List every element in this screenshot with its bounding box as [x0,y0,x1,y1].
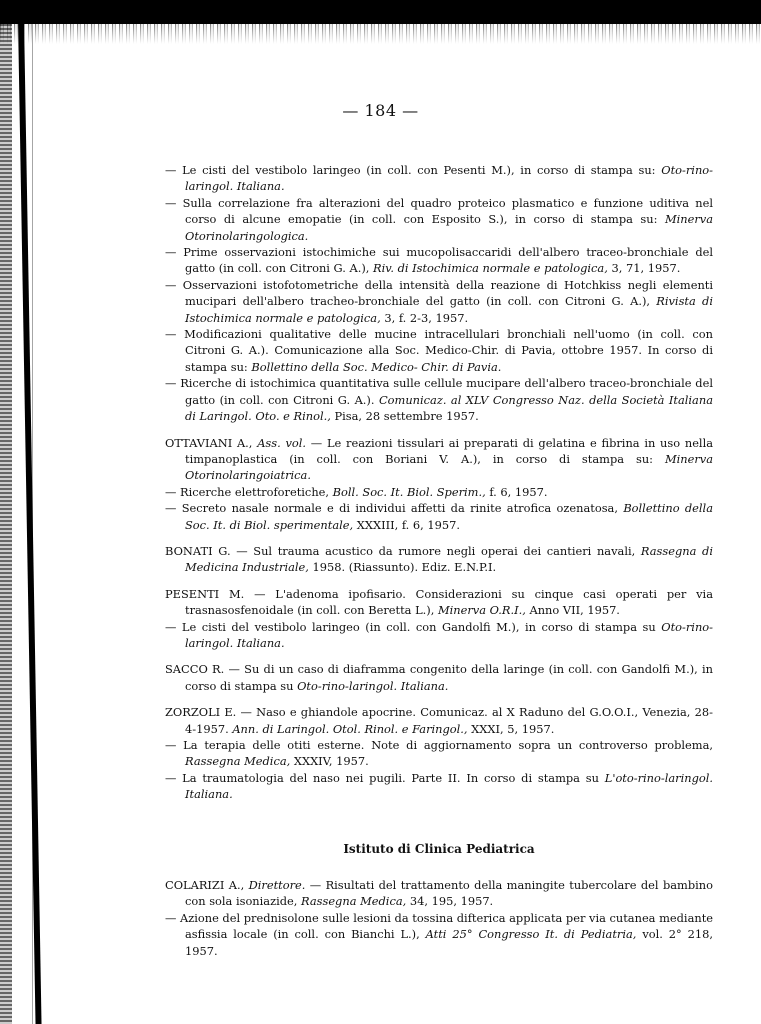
entry-text: COLARIZI A., [165,878,249,892]
entry-text: 1958. (Riassunto). Ediz. E.N.P.I. [309,560,496,574]
entry-text: Anno VII, 1957. [526,603,620,617]
entry-text: 3, f. 2-3, 1957. [381,311,468,325]
journal-title: Bollettino della Soc. Medico- Chir. di P… [251,360,501,374]
journal-title: Direttore. [249,878,306,892]
publication-entry: OTTAVIANI A., Ass. vol. — Le reazioni ti… [165,435,713,484]
journal-title: Ass. vol. [257,436,306,450]
bibliography-content: — Le cisti del vestibolo laringeo (in co… [165,162,713,959]
entry-text: Pisa, 28 settembre 1957. [331,409,479,423]
entry-text: — Le cisti del vestibolo laringeo (in co… [165,163,661,177]
entry-text: XXXI, 5, 1957. [468,722,555,736]
publication-entry: — Osservazioni istofotometriche della in… [165,277,713,326]
publication-entry: — Modificazioni qualitative delle mucine… [165,326,713,375]
entry-text: — La traumatologia del naso nei pugili. … [165,771,605,785]
journal-title: Boll. Soc. It. Biol. Sperim., [333,485,486,499]
continuation-block: — Le cisti del vestibolo laringeo (in co… [165,162,713,425]
publication-list: — Le cisti del vestibolo laringeo (in co… [165,162,713,803]
author-block: BONATI G. — Sul trauma acustico da rumor… [165,543,713,576]
entry-text: OTTAVIANI A., [165,436,257,450]
author-block: OTTAVIANI A., Ass. vol. — Le reazioni ti… [165,435,713,533]
journal-title: Rassegna Medica, [185,754,290,768]
entry-text: 3, 71, 1957. [608,261,680,275]
journal-title: Atti 25° Congresso It. di Pediatria, [426,927,637,941]
scan-binding-edge [0,0,12,1024]
author-block: SACCO R. — Su di un caso di diaframma co… [165,661,713,694]
publication-entry: — Prime osservazioni istochimiche sui mu… [165,244,713,277]
entry-text: — Secreto nasale normale e di individui … [165,501,623,515]
publication-entry: — Sulla correlazione fra alterazioni del… [165,195,713,244]
entry-text: 34, 195, 1957. [406,894,493,908]
entry-text: XXXIV, 1957. [290,754,369,768]
entry-text: — Osservazioni istofotometriche della in… [165,278,713,308]
author-block: PESENTI M. — L'adenoma ipofisario. Consi… [165,586,713,652]
scan-top-noise [0,22,761,44]
section-publication-list: COLARIZI A., Direttore. — Risultati del … [165,877,713,959]
entry-text: — Le cisti del vestibolo laringeo (in co… [165,620,661,634]
publication-entry: — Azione del prednisolone sulle lesioni … [165,910,713,959]
journal-title: Rassegna Medica, [301,894,406,908]
entry-text: — Ricerche elettroforetiche, [165,485,333,499]
publication-entry: — Ricerche di istochimica quantitativa s… [165,375,713,424]
entry-text: f. 6, 1957. [486,485,548,499]
entry-text: BONATI G. — Sul trauma acustico da rumor… [165,544,641,558]
page-number: — 184 — [0,101,761,120]
journal-title: Ann. di Laringol. Otol. Rinol. e Faringo… [232,722,467,736]
author-block: ZORZOLI E. — Naso e ghiandole apocrine. … [165,704,713,802]
entry-text: XXXIII, f. 6, 1957. [353,518,460,532]
section-heading: Istituto di Clinica Pediatrica [165,841,713,857]
publication-entry: — La terapia delle otiti esterne. Note d… [165,737,713,770]
publication-entry: — Le cisti del vestibolo laringeo (in co… [165,619,713,652]
publication-entry: BONATI G. — Sul trauma acustico da rumor… [165,543,713,576]
journal-title: Minerva O.R.I., [438,603,526,617]
publication-entry: — Le cisti del vestibolo laringeo (in co… [165,162,713,195]
publication-entry: — Secreto nasale normale e di individui … [165,500,713,533]
publication-entry: COLARIZI A., Direttore. — Risultati del … [165,877,713,910]
entry-text: — La terapia delle otiti esterne. Note d… [165,738,713,752]
journal-title: Riv. di Istochimica normale e patologica… [373,261,608,275]
author-block: COLARIZI A., Direttore. — Risultati del … [165,877,713,959]
publication-entry: PESENTI M. — L'adenoma ipofisario. Consi… [165,586,713,619]
journal-title: Oto-rino-laringol. Italiana. [297,679,448,693]
scan-top-border [0,0,761,24]
publication-entry: — Ricerche elettroforetiche, Boll. Soc. … [165,484,713,500]
scan-binding-shadow [18,20,42,1024]
publication-entry: ZORZOLI E. — Naso e ghiandole apocrine. … [165,704,713,737]
scan-binding-line [32,20,33,1024]
entry-text: — Sulla correlazione fra alterazioni del… [165,196,713,226]
publication-entry: — La traumatologia del naso nei pugili. … [165,770,713,803]
publication-entry: SACCO R. — Su di un caso di diaframma co… [165,661,713,694]
